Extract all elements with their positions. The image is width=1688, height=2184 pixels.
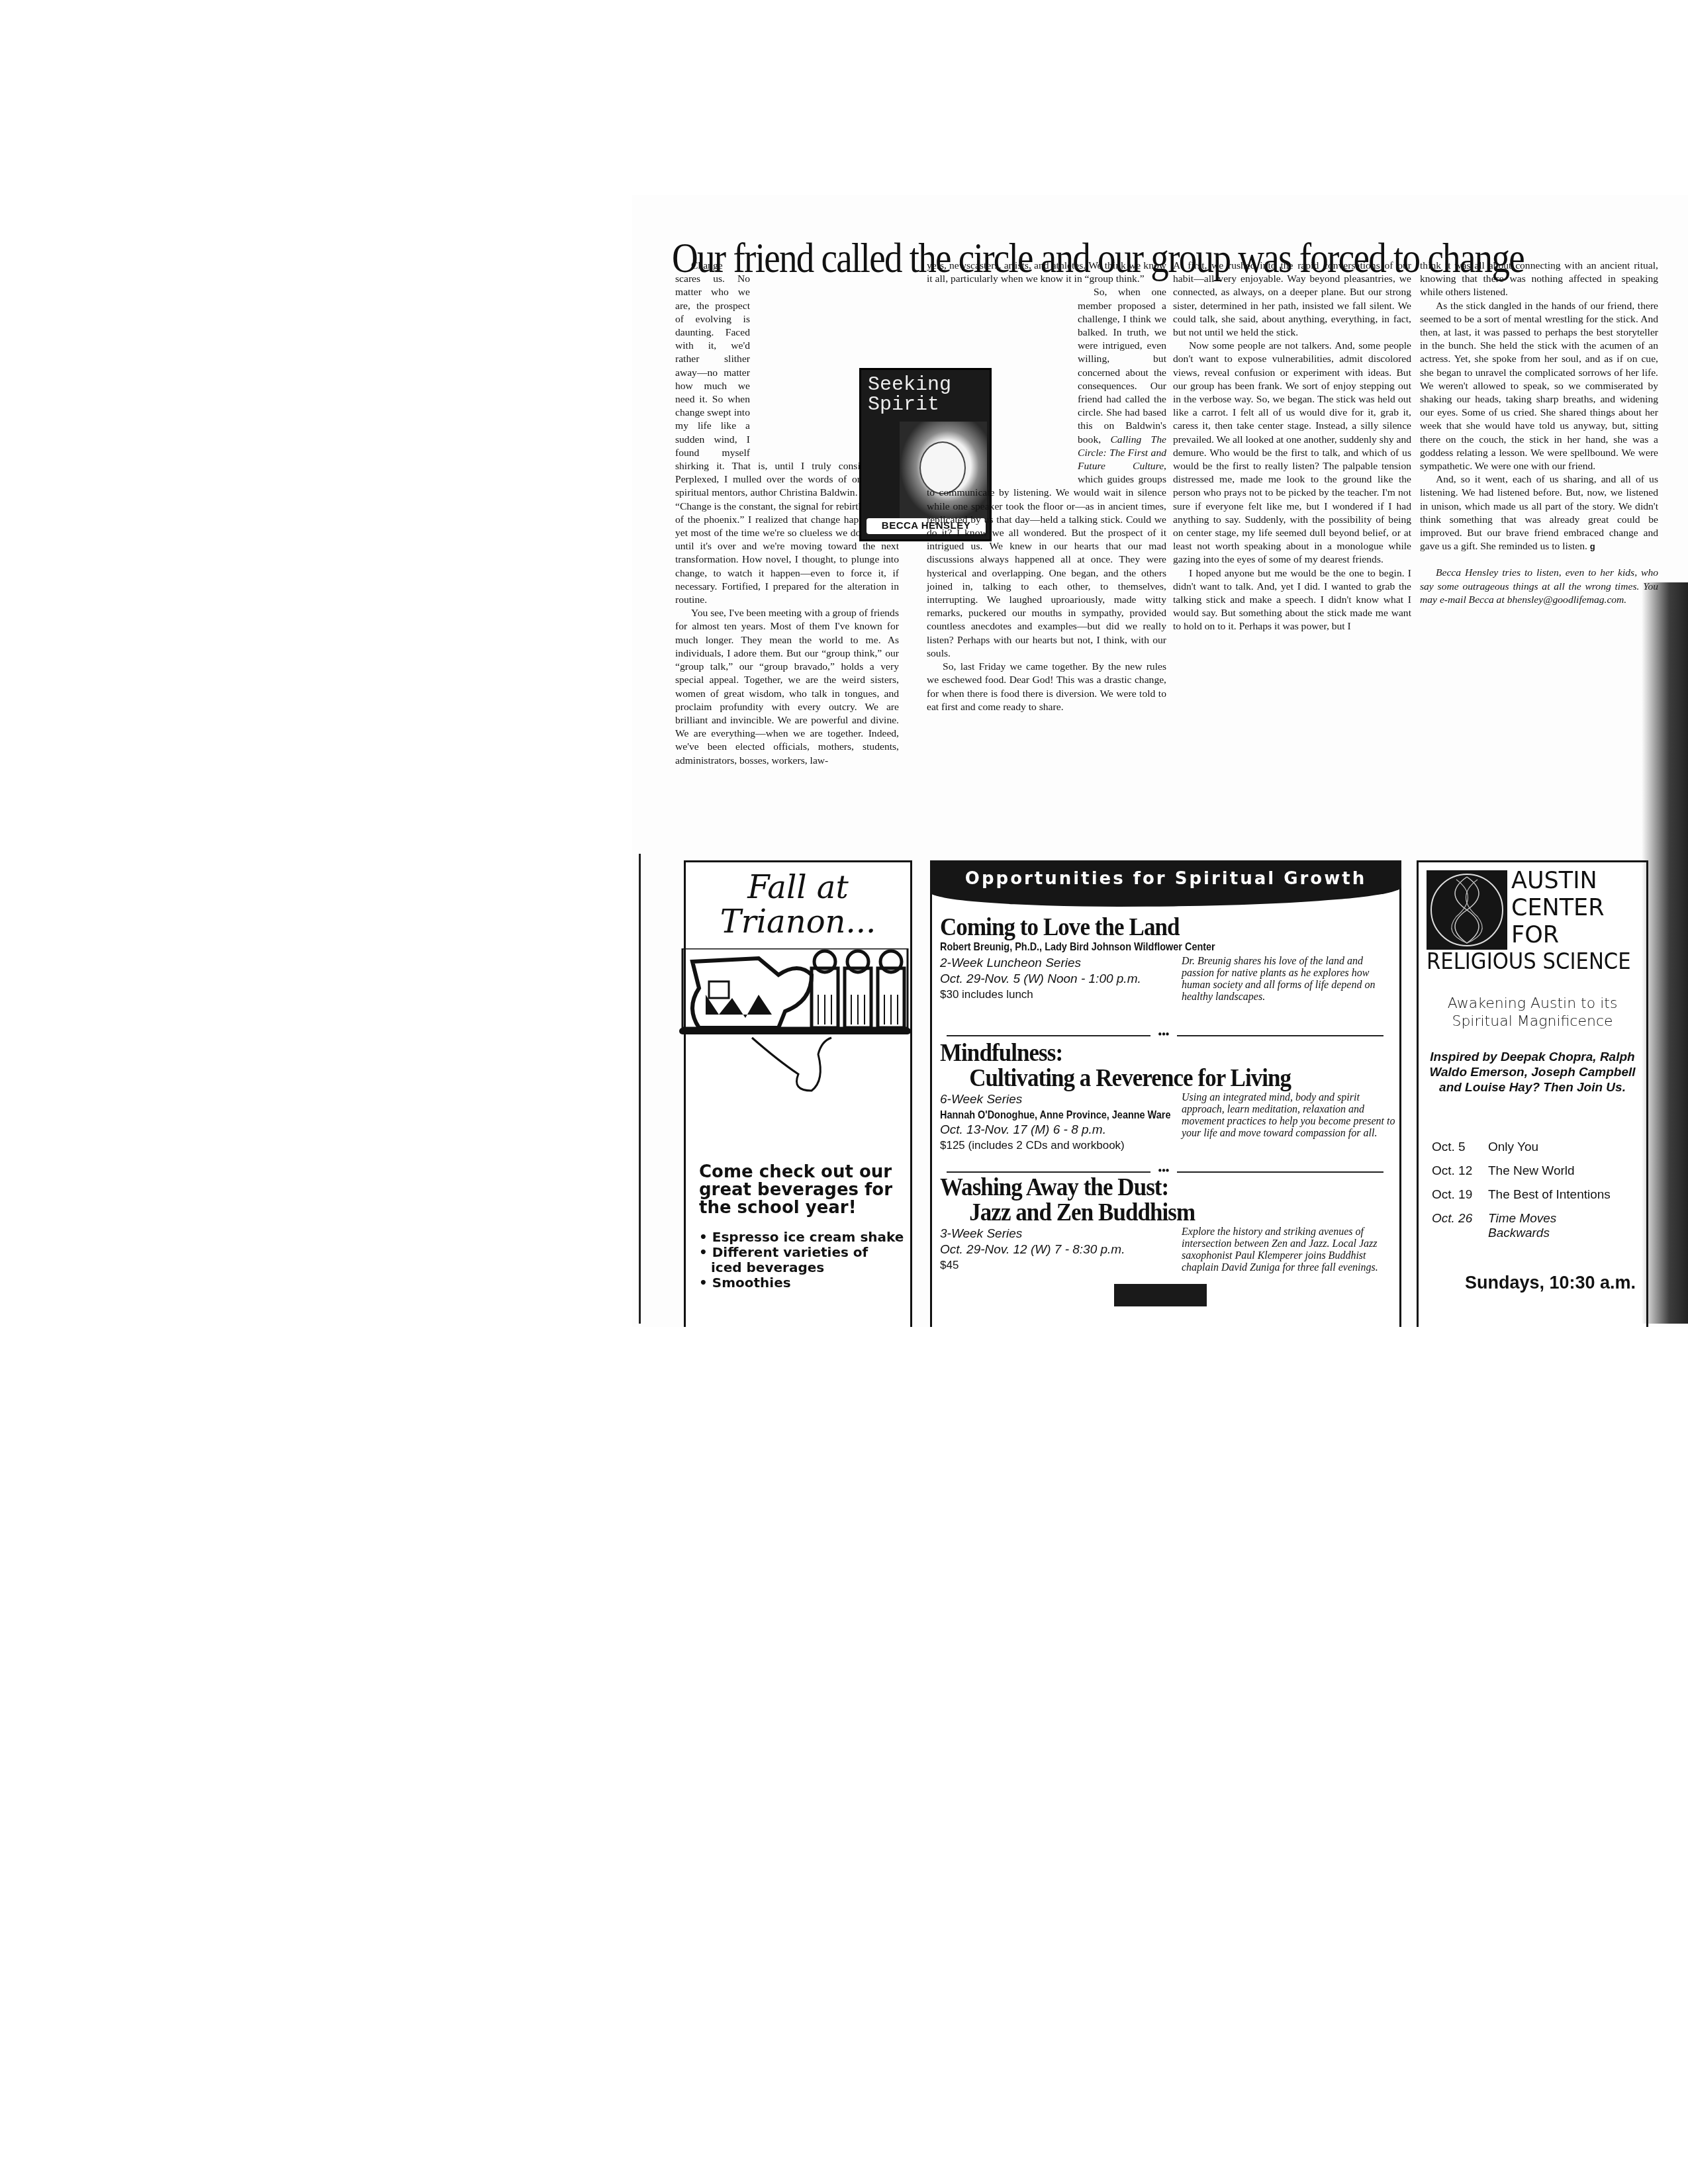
ad-banner: Opportunities for Spiritual Growth (930, 860, 1401, 907)
service-time: Sundays, 10:30 a.m. (1465, 1273, 1636, 1293)
event-price: $125 (includes 2 CDs and workbook) (940, 1138, 1178, 1152)
event-title: Washing Away the Dust: (940, 1175, 1360, 1200)
article-column-4: think it was all about connecting with a… (1420, 259, 1658, 607)
list-item: Different varieties of (699, 1245, 911, 1260)
schedule-topic: Time Moves Backwards (1488, 1212, 1568, 1241)
article-paragraph: And, so it went, each of us sharing, and… (1420, 473, 1658, 553)
event-title: Mindfulness: (940, 1040, 1360, 1066)
org-name-line: Religious Science (1427, 950, 1631, 974)
event-price: $45 (940, 1258, 1178, 1272)
divider-dots-icon: ••• (1150, 1032, 1177, 1038)
article-paragraph: You see, I've been meeting with a group … (675, 607, 899, 767)
event-price: $30 includes lunch (940, 987, 1178, 1001)
article-paragraph: At first, we rushed into the rapid conve… (1173, 259, 1411, 340)
schedule-topic: The Best of Intentions (1488, 1188, 1611, 1203)
ad-item-list: Espresso ice cream shake Different varie… (699, 1230, 911, 1291)
schedule-topic: Only You (1488, 1140, 1538, 1155)
schedule-topic: The New World (1488, 1164, 1575, 1179)
ad-copy: Come check out our great beverages for t… (699, 1163, 911, 1217)
column-photo-spacer (927, 286, 1071, 479)
event-subtitle: Cultivating a Reverence for Living (940, 1066, 1360, 1091)
list-item: Espresso ice cream shake (699, 1230, 911, 1245)
schedule-row: Oct. 12 The New World (1432, 1164, 1644, 1179)
ad-title: Fall at Trianon... (686, 870, 910, 939)
event-listing: Mindfulness: Cultivating a Reverence for… (940, 1040, 1397, 1152)
event-description: Dr. Breunig shares his love of the land … (1182, 956, 1397, 1003)
event-series: 6-Week Series (940, 1092, 1178, 1108)
org-name: Austin Center for (1511, 868, 1605, 949)
schedule-date: Oct. 12 (1432, 1164, 1488, 1179)
article-paragraph: I hoped anyone but me would be the one t… (1173, 567, 1411, 634)
ad-austin-center-religious-science: Austin Center for Religious Science Awak… (1417, 860, 1648, 1327)
event-presenter: Hannah O'Donoghue, Anne Province, Jeanne… (940, 1108, 1143, 1122)
event-presenter: Robert Breunig, Ph.D., Lady Bird Johnson… (940, 940, 1329, 954)
article-paragraph: So, last Friday we came together. By the… (927, 660, 1166, 714)
org-tagline: Awakening Austin to its Spiritual Magnif… (1419, 995, 1646, 1030)
article-paragraph: think it was all about connecting with a… (1420, 259, 1658, 300)
event-description: Explore the history and striking avenues… (1182, 1226, 1397, 1274)
ad-trianon: Fall at Trianon... Come check out our gr… (684, 860, 912, 1327)
article-paragraph: Now some people are not talkers. And, so… (1173, 340, 1411, 567)
ad-banner-title: Opportunities for Spiritual Growth (930, 869, 1401, 889)
event-schedule: Oct. 29-Nov. 12 (W) 7 - 8:30 p.m. (940, 1242, 1178, 1258)
author-bio: Becca Hensley tries to listen, even to h… (1420, 567, 1658, 607)
article-paragraph: yers, newscasters, artists, and athletes… (927, 259, 1166, 286)
event-schedule: Oct. 13-Nov. 17 (M) 6 - 8 p.m. (940, 1122, 1178, 1138)
scan-shadow (1642, 582, 1688, 1324)
pitcher-and-glasses-icon (679, 948, 911, 1101)
event-title: Coming to Love the Land (940, 915, 1360, 940)
schedule-row: Oct. 5 Only You (1432, 1140, 1644, 1155)
schedule-date: Oct. 26 (1432, 1212, 1488, 1241)
event-series: 3-Week Series (940, 1226, 1178, 1242)
article-column-3: At first, we rushed into the rapid conve… (1173, 259, 1411, 634)
article-paragraph: As the stick dangled in the hands of our… (1420, 300, 1658, 474)
list-item: Smoothies (699, 1275, 911, 1291)
event-description: Using an integrated mind, body and spiri… (1182, 1092, 1397, 1152)
event-listing: Washing Away the Dust: Jazz and Zen Budd… (940, 1175, 1397, 1274)
schedule-date: Oct. 19 (1432, 1188, 1488, 1203)
event-listing: Coming to Love the Land Robert Breunig, … (940, 915, 1397, 1003)
end-mark-icon: g (1590, 541, 1595, 551)
schedule-row: Oct. 26 Time Moves Backwards (1432, 1212, 1644, 1241)
org-inspired-copy: Inspired by Deepak Chopra, Ralph Waldo E… (1419, 1050, 1646, 1095)
event-schedule: Oct. 29-Nov. 5 (W) Noon - 1:00 p.m. (940, 972, 1178, 987)
sponsor-logo-icon (1114, 1284, 1207, 1306)
list-item: iced beverages (699, 1260, 911, 1275)
event-subtitle: Jazz and Zen Buddhism (940, 1200, 1360, 1225)
clipping-edge-line (639, 854, 641, 1324)
spirit-circle-logo-icon (1427, 870, 1507, 950)
event-series: 2-Week Luncheon Series (940, 956, 1178, 972)
schedule-row: Oct. 19 The Best of Intentions (1432, 1188, 1644, 1203)
sermon-schedule: Oct. 5 Only You Oct. 12 The New World Oc… (1432, 1140, 1644, 1250)
article-column-2: yers, newscasters, artists, and athletes… (927, 259, 1166, 714)
schedule-date: Oct. 5 (1432, 1140, 1488, 1155)
ad-spiritual-growth: Opportunities for Spiritual Growth Comin… (930, 860, 1401, 1327)
